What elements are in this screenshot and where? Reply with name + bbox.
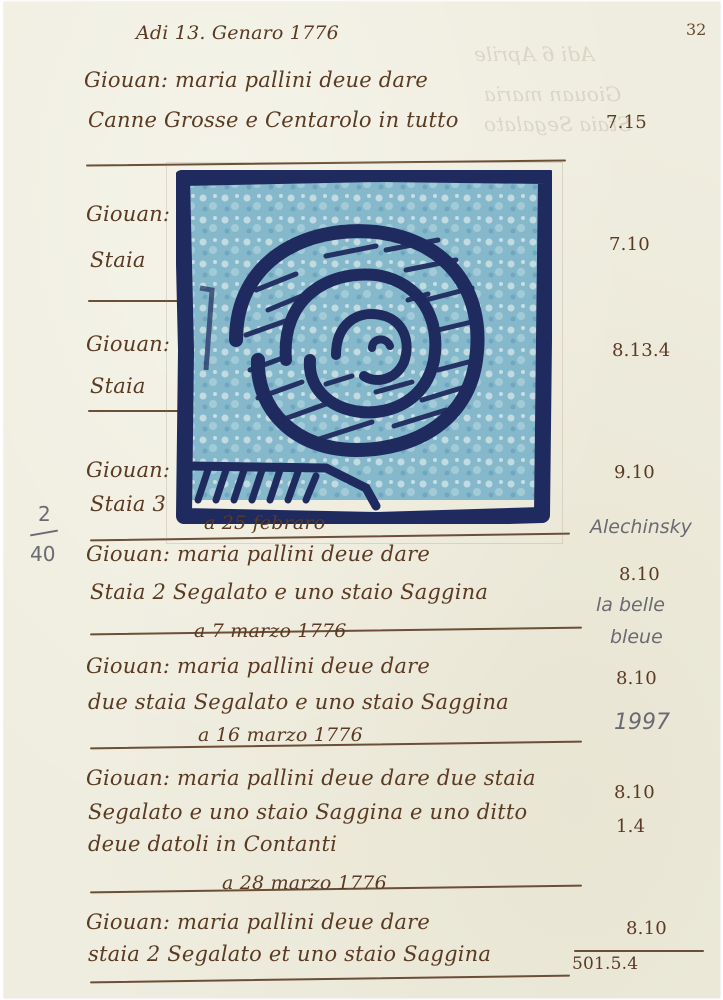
entry-line: Giouan: maria pallini deue dare [86,542,430,566]
blue-spiral-print [176,170,552,524]
show-through-text: Adi 6 Aprile [474,42,595,66]
entry-amount: 8.10 [616,668,657,689]
entry-line: Giouan: maria pallini deue dare [84,68,428,92]
spiral-print-artwork [176,170,552,524]
entry-line: Canne Grosse e Centarolo in tutto [88,108,459,132]
entry-line: Staia [90,248,146,272]
entry-amount: 9.10 [614,462,655,483]
entry-total: 501.5.4 [572,954,638,974]
edition-denominator: 40 [30,542,55,566]
entry-date: a 25 febraro [204,512,325,534]
total-rule [574,950,704,952]
entry-amount: 1.4 [616,816,645,837]
entry-amount: 8.10 [626,918,667,939]
show-through-text: Giouan maria [484,82,621,106]
page-number: 32 [686,20,706,39]
entry-line: deue datoli in Contanti [88,832,337,856]
entry-line: Segalato e uno staio Saggina e uno ditto [88,800,527,824]
print-title-line2: bleue [610,626,663,648]
entry-line: Giouan: maria pallini deue dare [86,910,430,934]
entry-line: staia 2 Segalato et uno staio Saggina [88,942,491,966]
edition-fraction-bar [30,530,58,537]
entry-amount: 8.13.4 [612,340,670,361]
entry-line: Giouan: maria pallini deue dare due stai… [86,766,536,790]
entry-amount: 8.10 [614,782,655,803]
entry-date: a 16 marzo 1776 [198,724,363,746]
entry-line: due staia Segalato e uno staio Saggina [88,690,509,714]
entry-date: a 28 marzo 1776 [222,872,387,894]
print-title-line1: la belle [596,594,665,616]
print-year: 1997 [614,710,670,735]
entry-date: a 7 marzo 1776 [194,620,347,642]
entry-amount: 7.10 [609,234,650,255]
artist-signature: Alechinsky [590,516,692,538]
entry-amount: 8.10 [619,564,660,585]
entry-date: Adi 13. Genaro 1776 [136,22,339,44]
ledger-rule [90,975,570,984]
manuscript-page: Adi 6 Aprile Giouan maria Staia Segalato… [4,2,720,998]
entry-line: Staia [90,374,146,398]
edition-numerator: 2 [38,502,51,526]
entry-line: Staia 2 Segalato e uno staio Saggina [90,580,488,604]
entry-line: Staia 3 [90,492,166,516]
entry-line: Giouan: maria pallini deue dare [86,654,430,678]
entry-amount: 7.15 [606,112,647,133]
